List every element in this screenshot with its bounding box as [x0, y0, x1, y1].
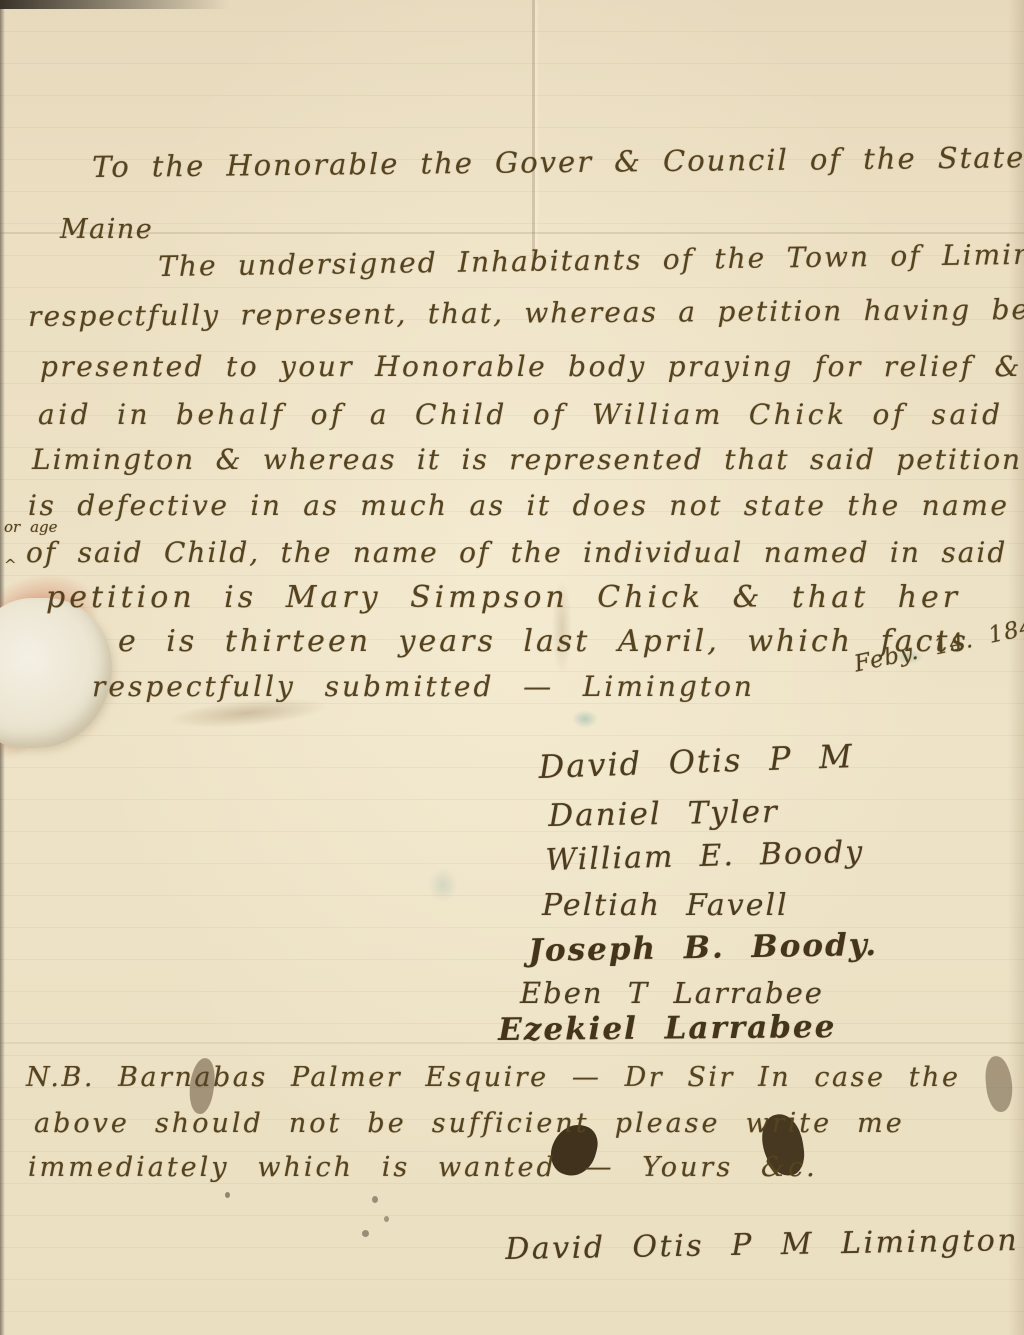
signature: Daniel Tyler	[548, 794, 779, 834]
postscript-line: above should not be sufficient please wr…	[34, 1108, 905, 1139]
body-line: respectfully represent, that, whereas a …	[28, 293, 1024, 333]
body-line: is defective in as much as it does not s…	[28, 489, 1009, 522]
signature: William E. Boody	[545, 835, 865, 878]
ink-speck-3	[384, 1216, 389, 1222]
body-line: respectfully submitted — Limington	[92, 670, 755, 703]
fold-crease-vertical	[532, 0, 535, 265]
bleedthrough-mark-1	[572, 710, 598, 728]
signature: Ezekiel Larrabee	[498, 1009, 837, 1048]
insertion-caret: ^	[4, 556, 18, 574]
ink-speck-4	[362, 1230, 369, 1237]
postscript-line: N.B. Barnabas Palmer Esquire — Dr Sir In…	[26, 1062, 960, 1093]
signature: Joseph B. Boody.	[528, 927, 878, 969]
body-line: aid in behalf of a Child of William Chic…	[38, 398, 1004, 431]
salutation-line-1: To the Honorable the Gover & Council of …	[92, 140, 1024, 184]
ink-speck-1	[225, 1192, 230, 1198]
signature: Peltiah Favell	[542, 888, 789, 923]
postscript-line: immediately which is wanted — Yours &c.	[28, 1152, 818, 1183]
body-line: presented to your Honorable body praying…	[40, 350, 1022, 383]
wax-seal-red-stain-lower	[0, 630, 45, 760]
final-signature: David Otis P M Limington	[505, 1223, 1019, 1267]
body-line: Limington & whereas it is represented th…	[32, 443, 1022, 476]
body-line: The undersigned Inhabitants of the Town …	[158, 237, 1024, 283]
edge-shadow-right	[1008, 0, 1024, 1335]
edge-shadow-left	[0, 0, 5, 1335]
ink-speck-2	[372, 1196, 378, 1203]
bleedthrough-mark-3	[428, 868, 458, 902]
signature: David Otis P M	[538, 737, 854, 786]
edge-shadow-top-left	[0, 0, 230, 9]
fold-crease-horizontal-top	[0, 232, 1024, 234]
ink-smudge-right-margin	[984, 1055, 1015, 1113]
body-line: of said Child, the name of the individua…	[26, 536, 1007, 569]
wax-seal-red-dot	[0, 645, 16, 669]
insertion-superscript: or age	[4, 518, 58, 536]
document-scan: To the Honorable the Gover & Council of …	[0, 0, 1024, 1335]
signature: Eben T Larrabee	[520, 976, 824, 1010]
body-line: petition is Mary Simpson Chick & that he…	[46, 580, 961, 615]
salutation-line-2: Maine	[60, 214, 153, 245]
wax-seal-red-stain-upper	[0, 563, 107, 666]
wax-seal-red-dot-2	[4, 698, 22, 726]
body-line: e is thirteen years last April, which fa…	[118, 624, 969, 659]
